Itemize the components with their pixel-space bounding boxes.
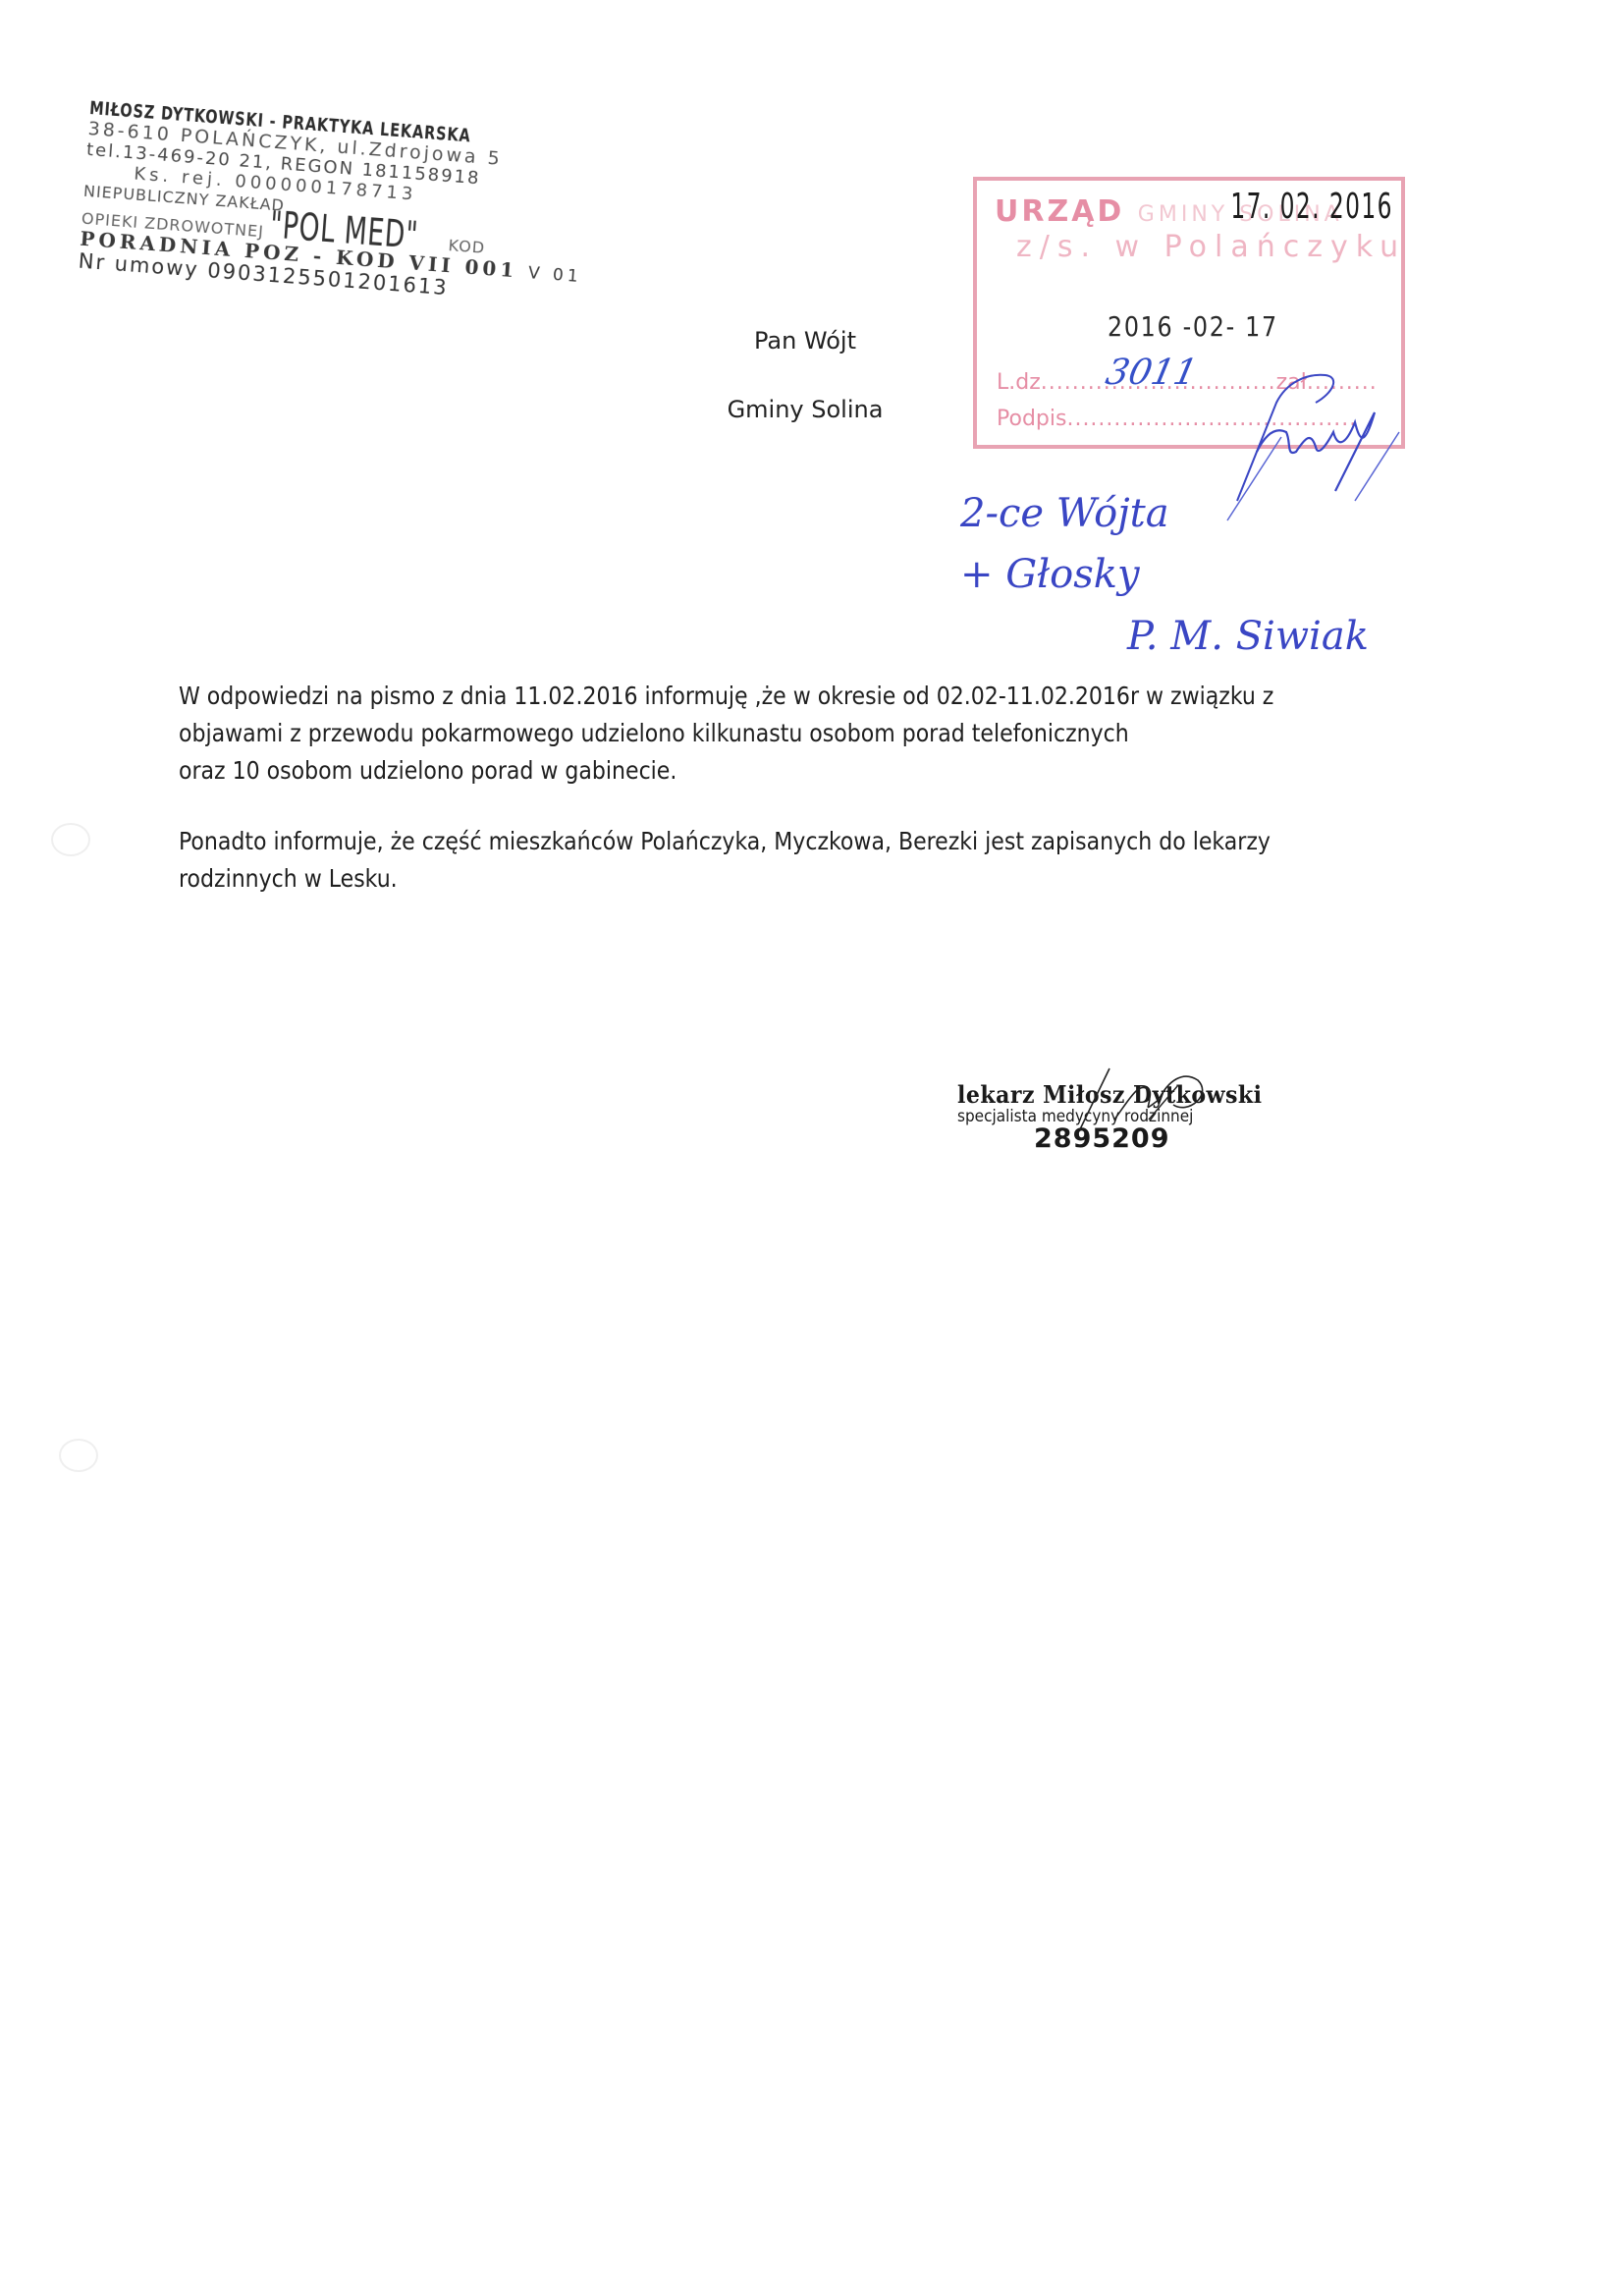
paragraph-2-line: rodzinnych w Lesku. — [179, 860, 1445, 898]
paragraph-1-line: W odpowiedzi na pismo z dnia 11.02.2016 … — [179, 678, 1445, 715]
paragraph-1-line: objawami z przewodu pokarmowego udzielon… — [179, 715, 1445, 752]
sender-stamp: MIŁOSZ DYTKOWSKI - PRAKTYKA LEKARSKA 38-… — [78, 98, 551, 305]
paragraph-2: Ponadto informuje, że część mieszkańców … — [179, 823, 1445, 898]
recipient-line-1: Pan Wójt — [687, 326, 923, 355]
date-stamp: 17. 02. 2016 — [1230, 187, 1393, 227]
letter-body: W odpowiedzi na pismo z dnia 11.02.2016 … — [179, 678, 1445, 898]
zal-label: zał — [1276, 370, 1307, 395]
ldz-label: L.dz — [997, 370, 1041, 395]
sender-facility-name: "POL MED" — [270, 215, 419, 246]
handwritten-annotation: 2-ce Wójta + Głosky P. M. Siwiak — [960, 491, 1490, 687]
punch-hole-mark — [59, 1439, 98, 1472]
signature-title: specjalista medycyny rodzinnej — [957, 1107, 1258, 1126]
recipient-line-2: Gminy Solina — [687, 395, 923, 424]
signature-name: lekarz Miłosz Dytkowski — [957, 1080, 1265, 1109]
registry-office-label: URZĄD — [995, 194, 1124, 229]
annotation-line-1: 2-ce Wójta — [960, 491, 1169, 536]
podpis-label: Podpis — [997, 407, 1066, 431]
paragraph-1-line: oraz 10 osobom udzielono porad w gabinec… — [179, 752, 1445, 790]
punch-hole-mark — [51, 823, 90, 856]
recipient: Pan Wójt Gminy Solina — [687, 326, 923, 424]
letter-page: MIŁOSZ DYTKOWSKI - PRAKTYKA LEKARSKA 38-… — [0, 0, 1623, 2296]
registry-stamp: URZĄD GMINY SOLINA z/s. w Polańczyku 17.… — [973, 177, 1405, 449]
annotation-line-2: + Głosky — [960, 552, 1140, 597]
podpis-field: Podpis..................................… — [997, 407, 1357, 431]
signature-pwz: 2895209 — [1034, 1123, 1291, 1154]
date-received: 2016 -02- 17 — [1108, 310, 1278, 343]
paragraph-1: W odpowiedzi na pismo z dnia 11.02.2016 … — [179, 678, 1445, 790]
annotation-line-3: P. M. Siwiak — [1127, 614, 1369, 659]
registry-seat: z/s. w Polańczyku — [1016, 230, 1406, 264]
sender-kod-value: V 01 — [527, 263, 582, 287]
ldz-number: 3011 — [1103, 353, 1201, 393]
signature-stamp: lekarz Miłosz Dytkowski specjalista medy… — [957, 1080, 1291, 1154]
paragraph-2-line: Ponadto informuje, że część mieszkańców … — [179, 823, 1445, 860]
